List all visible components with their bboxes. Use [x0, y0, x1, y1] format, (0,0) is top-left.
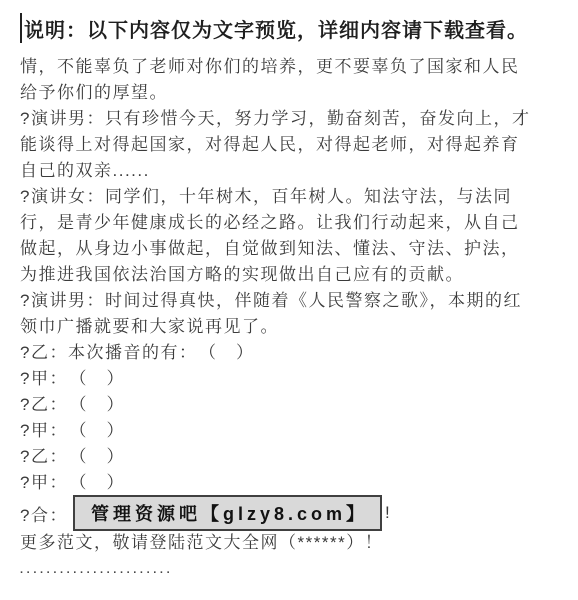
text-line: ?演讲男：时间过得真快，伴随着《人民警察之歌》，本期的红 — [20, 288, 570, 314]
glzy8-watermark-badge: 管理资源吧【glzy8.com】 — [73, 495, 382, 531]
preview-notice-row: 说明：以下内容仅为文字预览，详细内容请下载查看。 — [20, 10, 570, 46]
dialog-line: ?乙： （ ） — [20, 444, 570, 470]
text-line: 给予你们的厚望。 — [20, 80, 570, 106]
preview-notice: 说明：以下内容仅为文字预览，详细内容请下载查看。 — [24, 14, 528, 43]
text-line: 为推进我国依法治国方略的实现做出自己应有的贡献。 — [20, 262, 570, 288]
more-templates-line: 更多范文，敬请登陆范文大全网（******）！ — [20, 530, 570, 556]
text-line: 领巾广播就要和大家说再见了。 — [20, 314, 570, 340]
dialog-line: ?甲： （ ） — [20, 418, 570, 444]
text-line: ?演讲男：只有珍惜今天，努力学习，勤奋刻苦，奋发向上，才 — [20, 106, 570, 132]
text-line: 自己的双亲...... — [20, 158, 570, 184]
text-line: 做起，从身边小事做起，自觉做到知法、懂法、守法、护法， — [20, 236, 570, 262]
preview-body: 情，不能辜负了老师对你们的培养，更不要辜负了国家和人民 给予你们的厚望。 ?演讲… — [20, 54, 570, 586]
dialog-line: ?乙：本次播音的有： （ ） — [20, 340, 570, 366]
joint-suffix: ! — [385, 503, 391, 523]
text-line: ?演讲女：同学们，十年树木，百年树人。知法守法，与法同 — [20, 184, 570, 210]
dots-line: ······················· — [20, 560, 570, 586]
joint-prefix: ?合： — [20, 501, 68, 526]
dialog-line: ?乙： （ ） — [20, 392, 570, 418]
text-line: 能谈得上对得起国家，对得起人民，对得起老师，对得起养育 — [20, 132, 570, 158]
dialog-line: ?甲： （ ） — [20, 366, 570, 392]
text-line: 情，不能辜负了老师对你们的培养，更不要辜负了国家和人民 — [20, 54, 570, 80]
text-cursor — [20, 13, 22, 43]
dialog-line: ?甲： （ ） — [20, 470, 570, 496]
text-line: 行，是青少年健康成长的必经之路。让我们行动起来，从自己 — [20, 210, 570, 236]
document-preview-page: 说明：以下内容仅为文字预览，详细内容请下载查看。 情，不能辜负了老师对你们的培养… — [0, 0, 578, 600]
joint-speech-line: ?合： 管理资源吧【glzy8.com】 ! — [20, 496, 570, 530]
